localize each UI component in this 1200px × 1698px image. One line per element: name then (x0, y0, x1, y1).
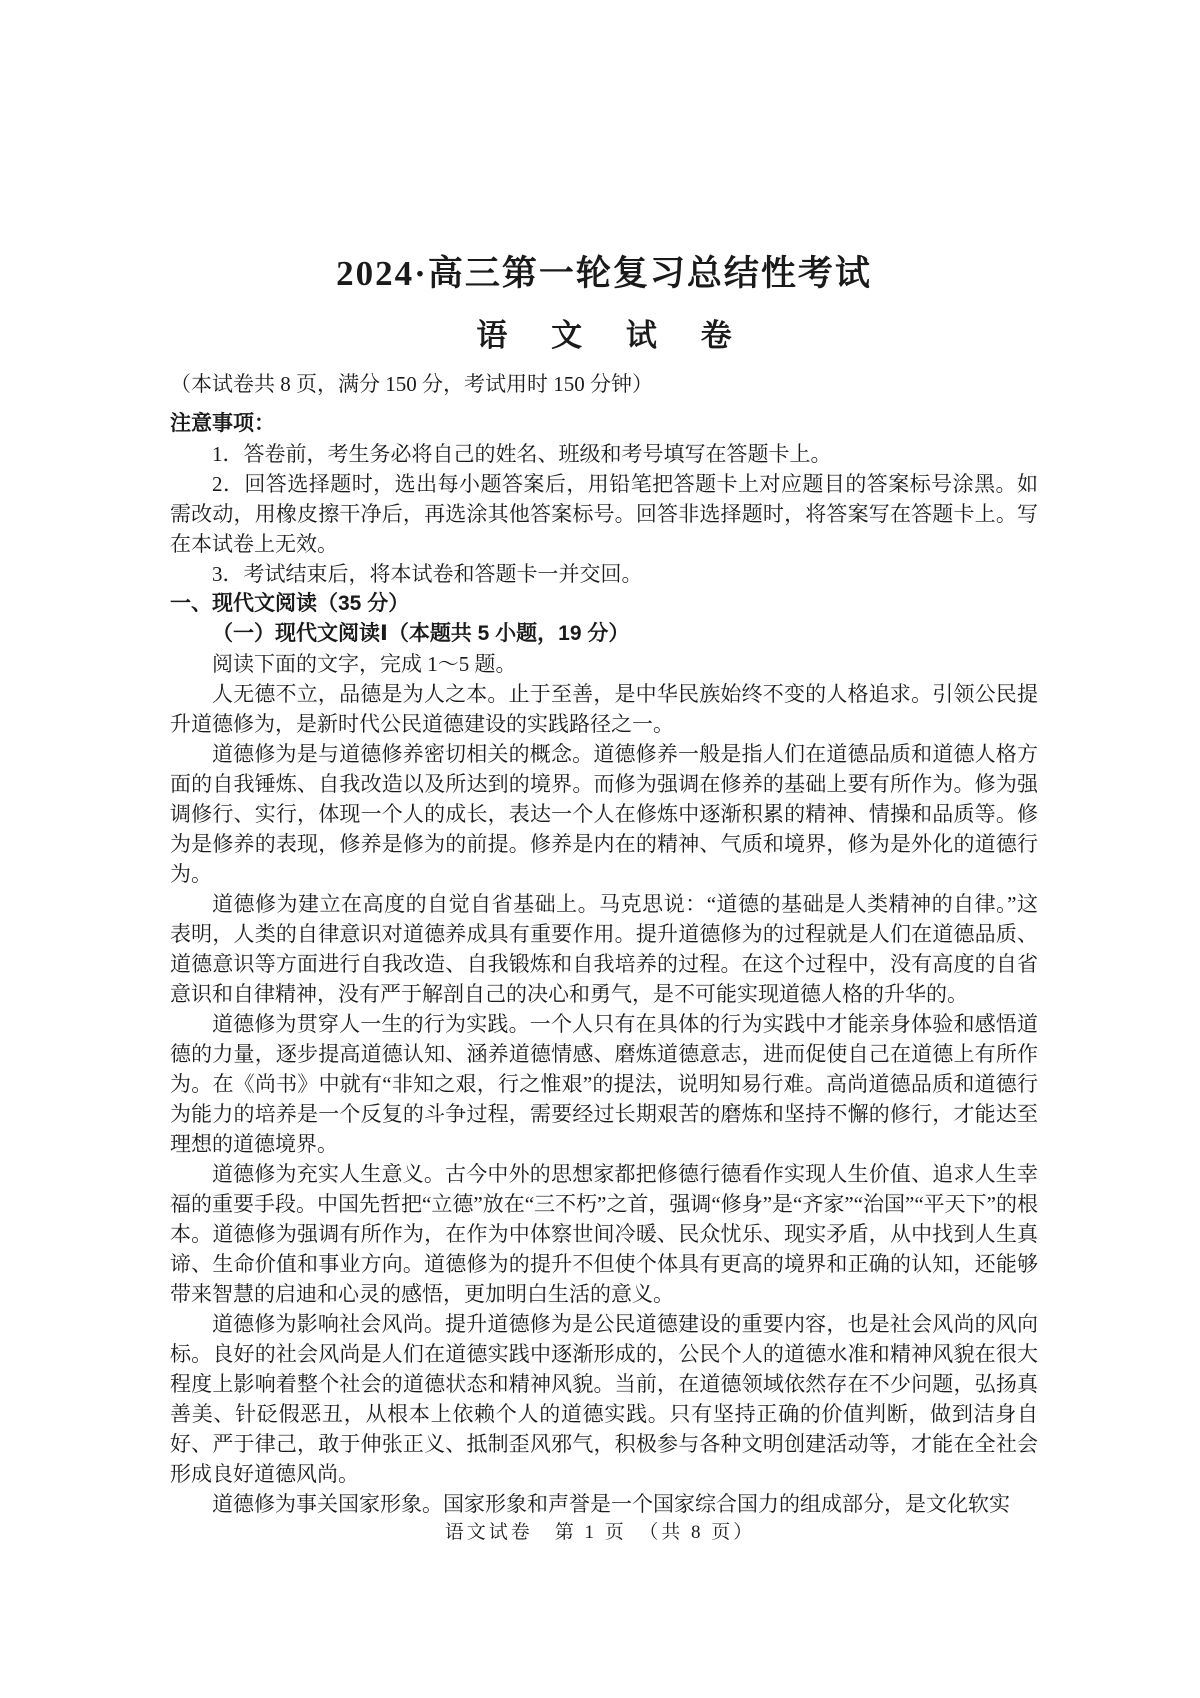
passage-intro: 阅读下面的文字，完成 1～5 题。 (170, 649, 1038, 679)
passage-paragraph-7: 道德修为事关国家形象。国家形象和声誉是一个国家综合国力的组成部分，是文化软实 (170, 1489, 1038, 1519)
passage-paragraph-6: 道德修为影响社会风尚。提升道德修为是公民道德建设的重要内容，也是社会风尚的风向标… (170, 1309, 1038, 1489)
section-heading: 一、现代文阅读（35 分） (170, 589, 1038, 619)
notice-item-1: 1．答卷前，考生务必将自己的姓名、班级和考号填写在答题卡上。 (170, 439, 1038, 469)
passage-paragraph-2: 道德修为是与道德修养密切相关的概念。道德修养一般是指人们在道德品质和道德人格方面… (170, 739, 1038, 889)
section-modern-reading: 一、现代文阅读（35 分） （一）现代文阅读Ⅰ（本题共 5 小题，19 分） 阅… (170, 589, 1038, 1519)
passage-paragraph-3: 道德修为建立在高度的自觉自省基础上。马克思说：“道德的基础是人类精神的自律。”这… (170, 889, 1038, 1009)
exam-paper-page: 2024·高三第一轮复习总结性考试 语 文 试 卷 （本试卷共 8 页，满分 1… (0, 0, 1200, 1698)
page-content: 2024·高三第一轮复习总结性考试 语 文 试 卷 （本试卷共 8 页，满分 1… (170, 252, 1038, 1519)
notice-item-3: 3．考试结束后，将本试卷和答题卡一并交回。 (170, 559, 1038, 589)
subsection-heading: （一）现代文阅读Ⅰ（本题共 5 小题，19 分） (170, 619, 1038, 649)
notice-heading: 注意事项： (170, 409, 1038, 439)
page-footer: 语文试卷 第 1 页 （共 8 页） (0, 1517, 1200, 1544)
exam-title: 2024·高三第一轮复习总结性考试 (170, 252, 1038, 296)
passage-paragraph-5: 道德修为充实人生意义。古今中外的思想家都把修德行德看作实现人生价值、追求人生幸福… (170, 1159, 1038, 1309)
subject-title: 语 文 试 卷 (170, 316, 1038, 356)
passage-paragraph-4: 道德修为贯穿人一生的行为实践。一个人只有在具体的行为实践中才能亲身体验和感悟道德… (170, 1009, 1038, 1159)
exam-info-line: （本试卷共 8 页，满分 150 分，考试用时 150 分钟） (170, 369, 1038, 399)
passage-paragraph-1: 人无德不立，品德是为人之本。止于至善，是中华民族始终不变的人格追求。引领公民提升… (170, 679, 1038, 739)
notice-section: 注意事项： 1．答卷前，考生务必将自己的姓名、班级和考号填写在答题卡上。 2．回… (170, 409, 1038, 589)
notice-item-2: 2．回答选择题时，选出每小题答案后，用铅笔把答题卡上对应题目的答案标号涂黑。如需… (170, 469, 1038, 559)
reading-passage: 人无德不立，品德是为人之本。止于至善，是中华民族始终不变的人格追求。引领公民提升… (170, 679, 1038, 1519)
